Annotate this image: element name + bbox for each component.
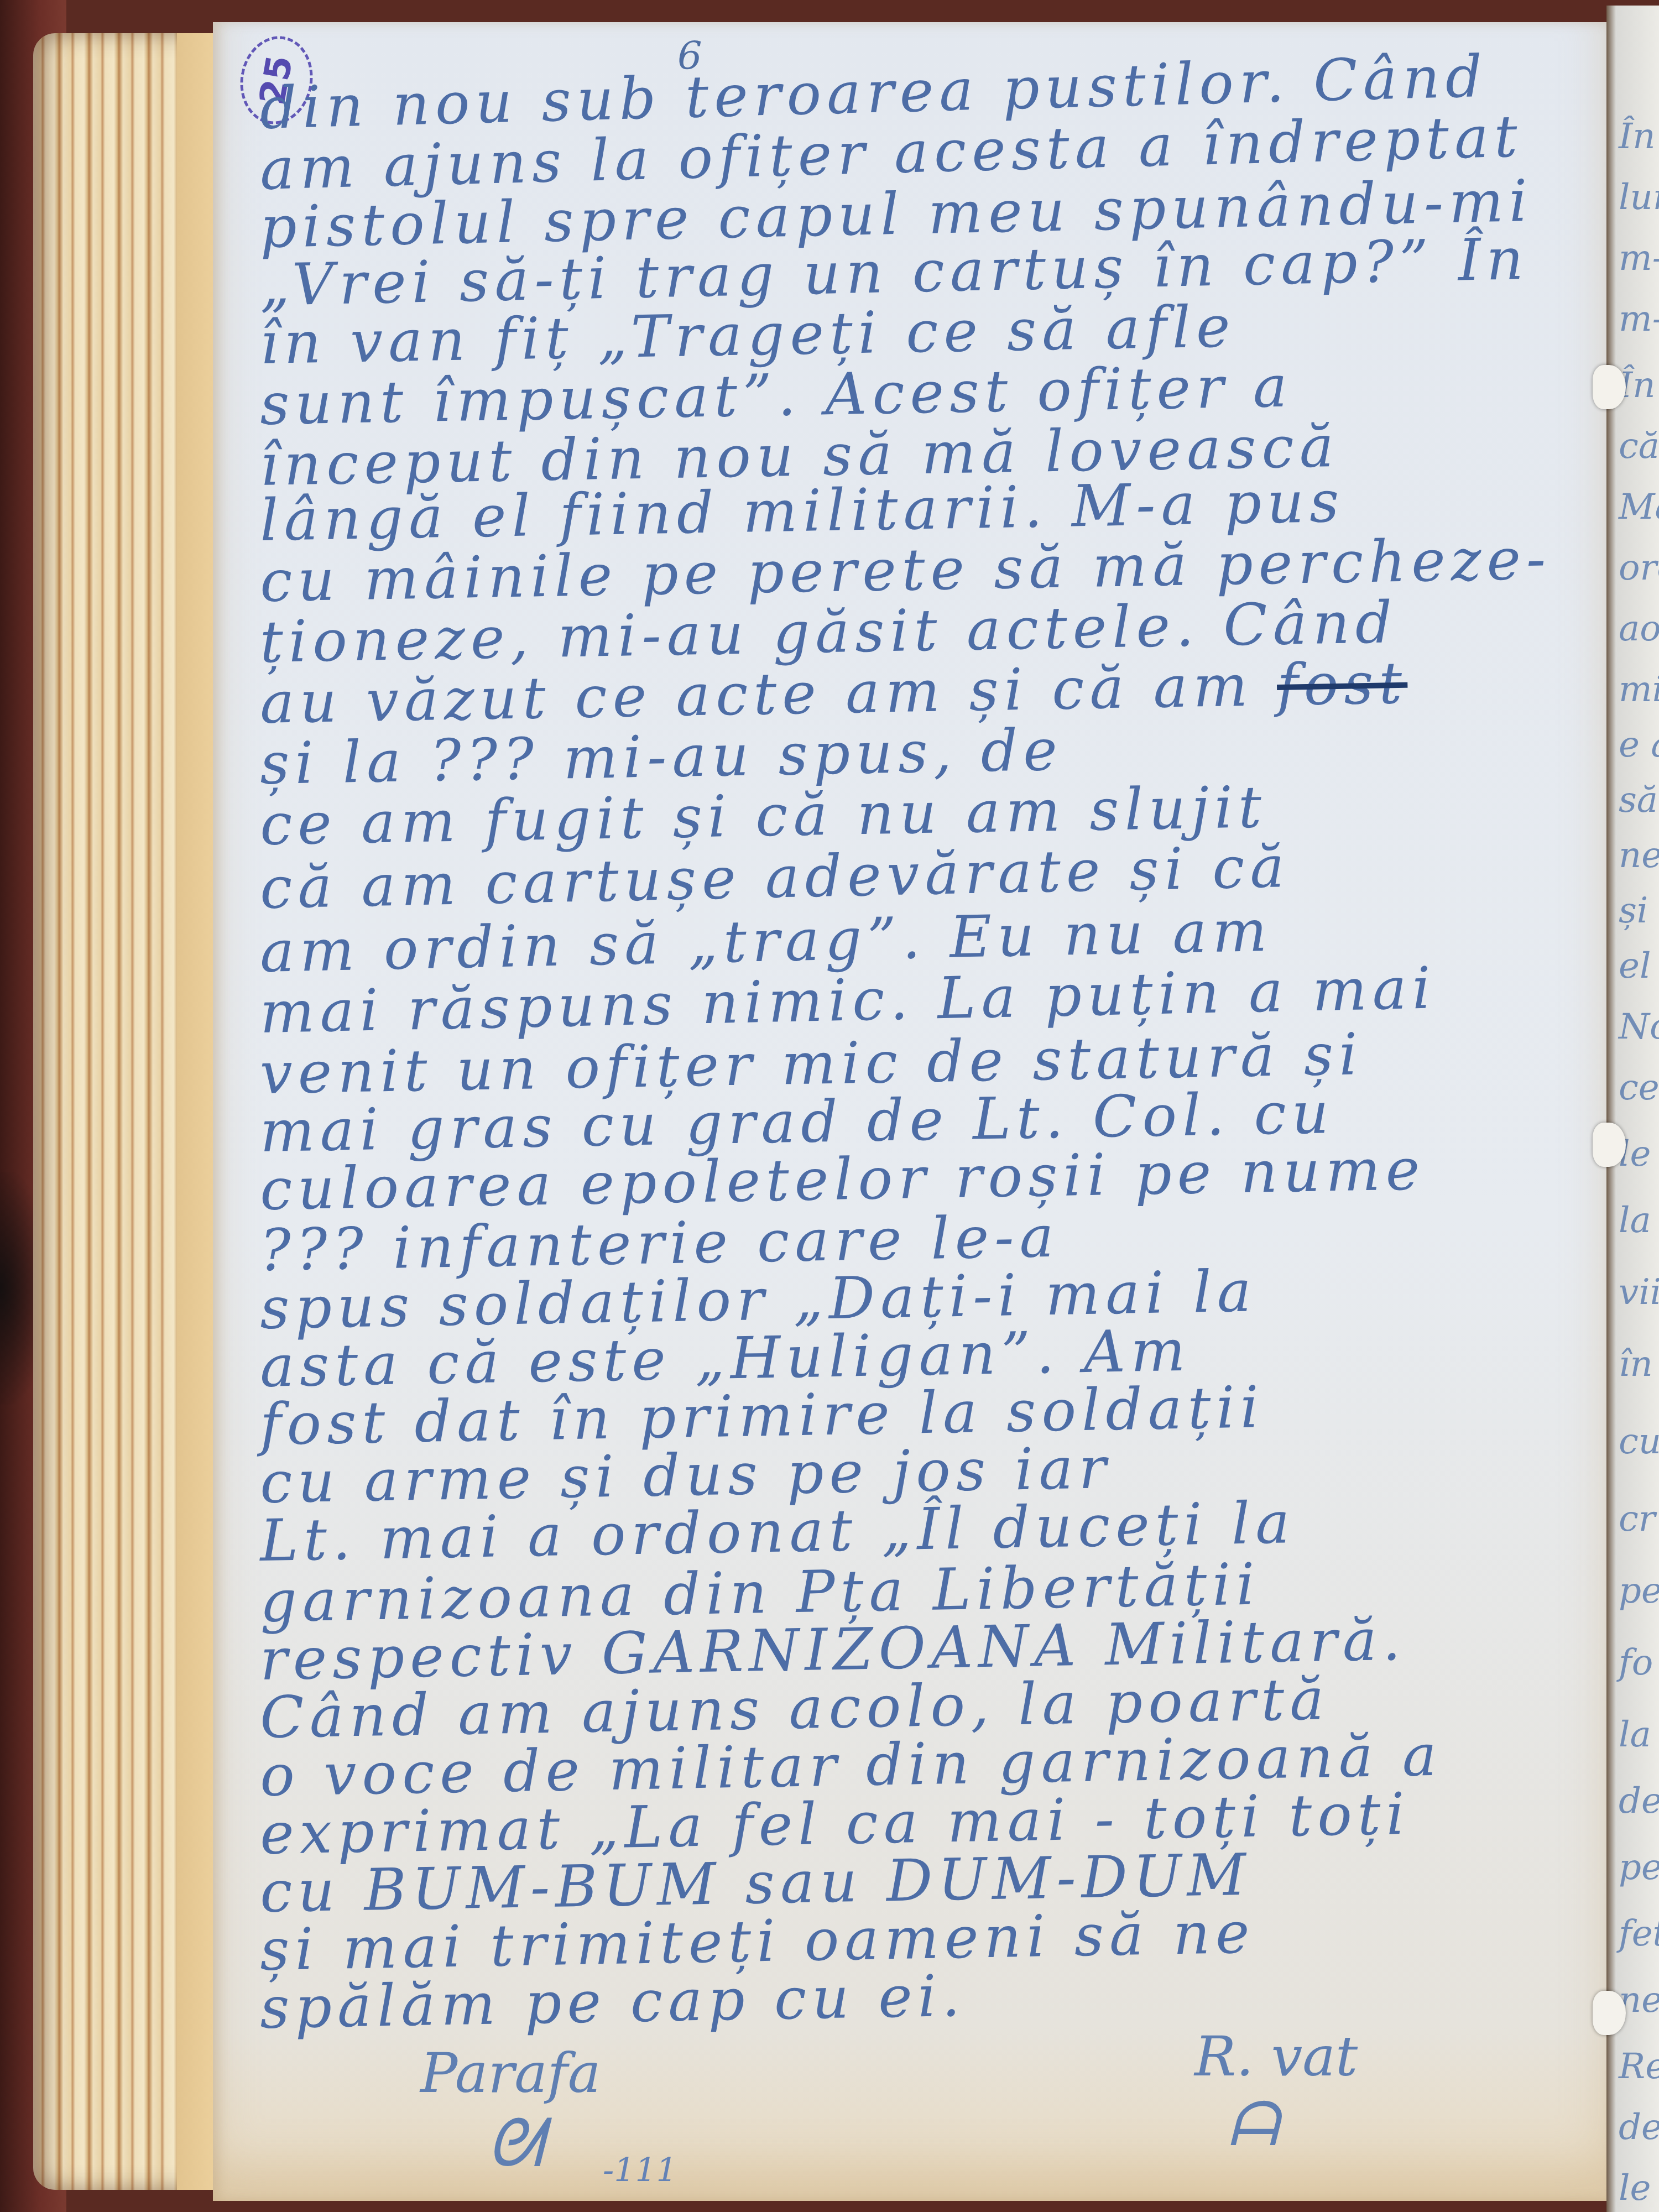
signature-right-label: R. vat — [1194, 2024, 1358, 2089]
torn-binding-tab — [1593, 1123, 1626, 1167]
next-page-fragment: le — [1619, 2168, 1651, 2209]
next-page-fragment: Re — [1619, 2046, 1659, 2087]
next-page-fragment: m-a — [1619, 238, 1659, 279]
next-page-fragment: fo — [1619, 1642, 1653, 1683]
next-page-fragment: ore — [1619, 547, 1659, 588]
signature-left-label: Parafa — [420, 2041, 601, 2105]
signature-left: Parafa ᘛ — [420, 2041, 601, 2183]
next-page-fragment: ne — [1619, 835, 1659, 876]
next-page-fragment: m-a — [1619, 299, 1659, 340]
next-page-fragment: În 8 — [1619, 116, 1659, 157]
next-page-fragment: pe — [1619, 1571, 1659, 1611]
next-page-fragment: ce — [1619, 1067, 1659, 1108]
bottom-mark: -111 — [603, 2151, 677, 2190]
next-page-fragment: Ma — [1619, 487, 1659, 528]
torn-binding-tab — [1593, 1991, 1626, 2035]
next-page-fragment: la — [1619, 1200, 1651, 1241]
next-page-fragment: pe — [1619, 1847, 1659, 1888]
torn-binding-tab — [1593, 365, 1626, 409]
next-page-sliver: În 8 luni m-a m-a În că Ma ore aol mi- e… — [1606, 6, 1659, 2212]
signature-right: R. vat ᗩ — [1194, 2024, 1358, 2161]
next-page-fragment: Nov — [1619, 1006, 1659, 1047]
struck-word: fost — [1276, 649, 1408, 719]
next-page-fragment: de — [1619, 1781, 1659, 1822]
next-page-fragment: la — [1619, 1714, 1651, 1755]
signature-left-mark: ᘛ — [487, 2105, 601, 2183]
next-page-fragment: cu — [1619, 1421, 1659, 1462]
next-page-fragment: și — [1619, 890, 1648, 931]
next-page-fragment: aol — [1619, 608, 1659, 649]
next-page-fragment: e a — [1619, 724, 1659, 765]
next-page-fragment: vii — [1619, 1272, 1659, 1313]
next-page-fragment: de — [1619, 2107, 1659, 2148]
next-page-fragment: să- — [1619, 780, 1659, 821]
next-page-fragment: luni — [1619, 177, 1659, 218]
next-page-fragment: că — [1619, 426, 1659, 467]
next-page-fragment: în — [1619, 1344, 1653, 1385]
aged-page-edges — [33, 33, 216, 2190]
next-page-fragment: cr — [1619, 1499, 1655, 1540]
next-page-fragment: el — [1619, 946, 1651, 987]
signature-right-mark: ᗩ — [1228, 2089, 1358, 2161]
next-page-fragment: mi- — [1619, 669, 1659, 710]
next-page-fragment: fet — [1619, 1913, 1659, 1954]
